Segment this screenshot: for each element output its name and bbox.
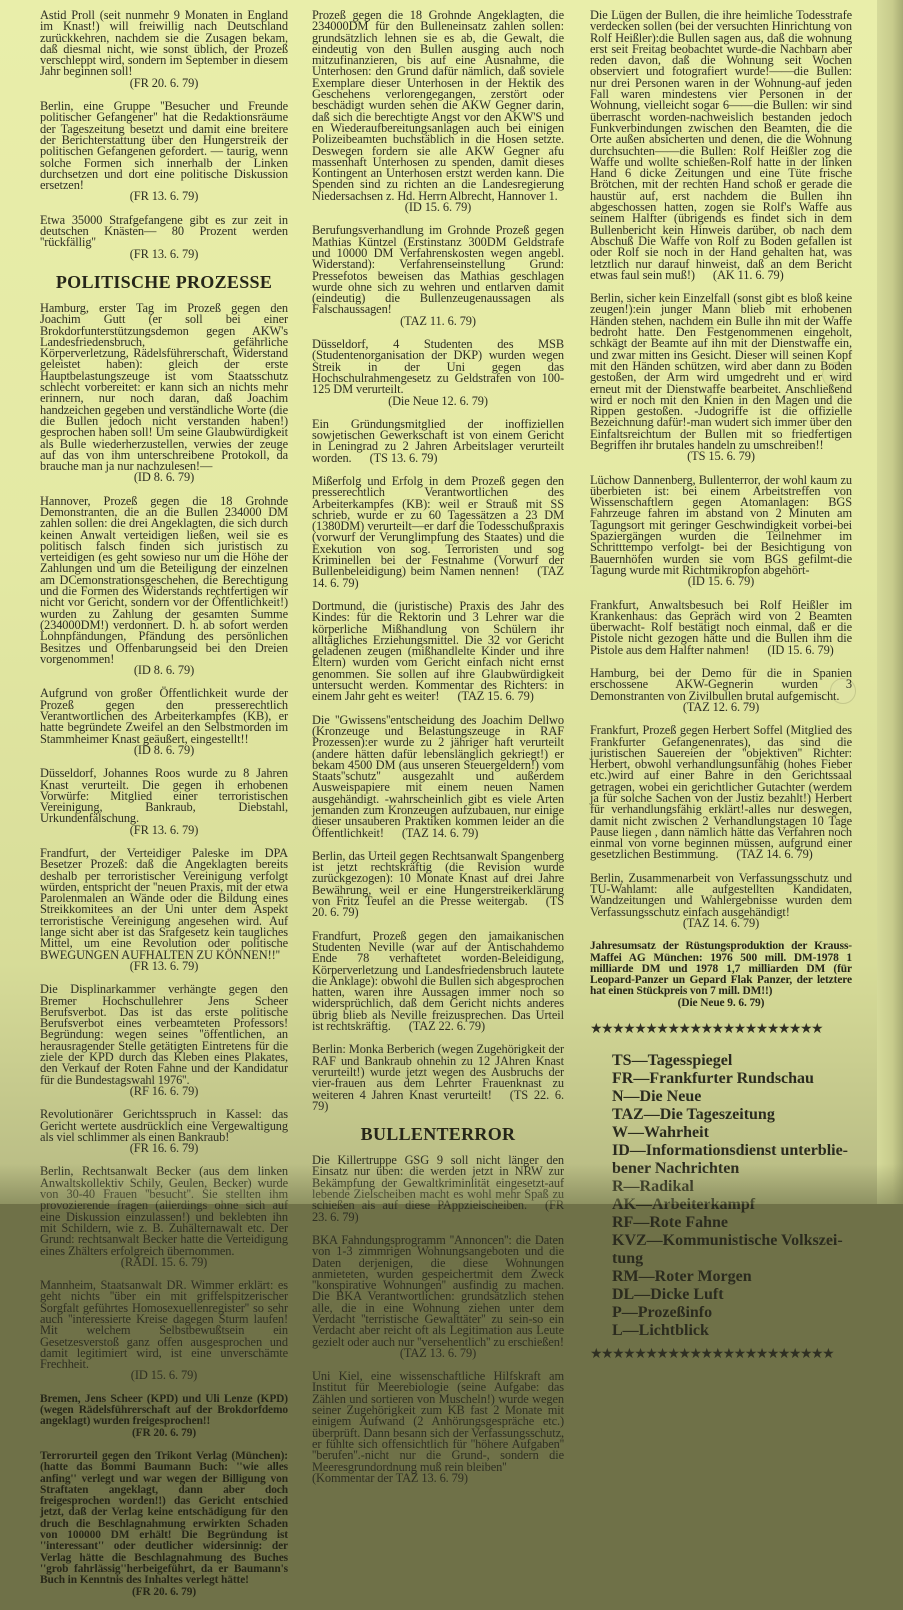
news-item-text: Düsseldorf, Johannes Roos wurde zu 8 Jah… xyxy=(40,766,288,825)
news-item-text: Prozeß gegen die 18 Grohnde Angeklagten,… xyxy=(312,8,564,203)
news-item: Die ''Gwissens''entscheidung des Joachim… xyxy=(312,715,564,839)
news-item-text: Die Displinarkammer verhängte gegen den … xyxy=(40,982,288,1086)
news-source-citation: (TAZ 15. 6. 79) xyxy=(457,689,533,703)
news-item-text: Astid Proll (seit nunmehr 9 Monaten in E… xyxy=(40,8,288,78)
news-item-text: Mißerfolg und Erfolg in dem Prozeß gegen… xyxy=(312,474,564,578)
news-item-text: Berlin, das Urteil gegen Rechtsanwalt Sp… xyxy=(312,849,564,908)
news-source-citation: (FR 16. 6. 79) xyxy=(40,1143,288,1154)
news-source-citation: (FR 13. 6. 79) xyxy=(40,825,288,836)
legend-item: FR—Frankfurter Rundschau xyxy=(612,1070,852,1088)
news-source-citation: (ID 15. 6. 79) xyxy=(312,202,564,213)
news-item-text: Jahresumsatz der Rüstungsproduktion der … xyxy=(590,940,852,997)
news-source-citation: (FR 13. 6. 79) xyxy=(40,191,288,202)
left-articles: Hamburg, erster Tag im Prozeß gegen den … xyxy=(40,303,288,1204)
news-source-citation: (ID 8. 6. 79) xyxy=(40,665,288,676)
page-edge xyxy=(877,0,903,1204)
legend-item: TAZ—Die Tageszeitung xyxy=(612,1106,852,1124)
news-item: Etwa 35000 Strafgefangene gibt es zur ze… xyxy=(40,215,288,260)
news-source-citation: (TAZ 14. 6. 79) xyxy=(736,847,812,861)
news-item: Düsseldorf, Johannes Roos wurde zu 8 Jah… xyxy=(40,768,288,836)
news-item-text: Frandfurt, Prozeß gegen den jamaikanisch… xyxy=(312,929,564,1033)
news-item: Die Lügen der Bullen, die ihre heimliche… xyxy=(590,10,852,281)
news-source-citation: (TAZ 14. 6. 79) xyxy=(402,826,478,840)
news-item: Ein Gründungsmitglied der inoffiziellen … xyxy=(312,419,564,464)
news-item-text: Düsseldorf, 4 Studenten des MSB (Student… xyxy=(312,337,564,396)
news-item-text: Aufgrund von großer Öffentlichkeit wurde… xyxy=(40,686,288,745)
news-item-text: Berlin, eine Gruppe ''Besucher und Freun… xyxy=(40,99,288,192)
news-item: Hannover, Prozeß gegen die 18 Grohnde De… xyxy=(40,496,288,677)
news-source-citation: (TAZ 11. 6. 79) xyxy=(312,316,564,327)
bottom-shadow xyxy=(0,1164,903,1204)
news-item: Berlin, eine Gruppe ''Besucher und Freun… xyxy=(40,101,288,203)
news-source-citation: (TS 15. 6. 79) xyxy=(590,451,852,462)
news-item: Mißerfolg und Erfolg in dem Prozeß gegen… xyxy=(312,476,564,589)
right-column: Die Lügen der Bullen, die ihre heimliche… xyxy=(590,10,852,1204)
news-item-text: Frandfurt, der Verteidiger Paleske im DP… xyxy=(40,846,288,962)
news-source-citation: (TAZ 14. 6. 79) xyxy=(590,918,852,929)
news-item: Berlin, Zusammenarbeit von Verfassungssc… xyxy=(590,873,852,929)
news-source-citation: (ID 15. 6. 79) xyxy=(767,643,833,657)
middle-column: Prozeß gegen die 18 Grohnde Angeklagten,… xyxy=(312,10,564,1204)
news-item-text: Lüchow Dannenberg, Bullenterror, der woh… xyxy=(590,473,852,577)
news-item: Revolutionärer Gerichtsspruch in Kassel:… xyxy=(40,1109,288,1154)
news-item-text: Hamburg, erster Tag im Prozeß gegen den … xyxy=(40,301,288,473)
news-source-citation: (TAZ 22. 6. 79) xyxy=(409,1019,485,1033)
news-item: Berlin, das Urteil gegen Rechtsanwalt Sp… xyxy=(312,851,564,919)
news-source-citation: (Die Neue 9. 6. 79) xyxy=(590,998,852,1009)
news-item: Berlin, sicher kein Einzelfall (sonst gi… xyxy=(590,293,852,462)
news-item: Düsseldorf, 4 Studenten des MSB (Student… xyxy=(312,339,564,407)
section-title-politische-prozesse: POLITISCHE PROZESSE xyxy=(40,272,288,293)
news-item: Frandfurt, der Verteidiger Paleske im DP… xyxy=(40,848,288,972)
news-item-text: Revolutionärer Gerichtsspruch in Kassel:… xyxy=(40,1107,288,1144)
news-item-text: Ein Gründungsmitglied der inoffiziellen … xyxy=(312,417,564,465)
news-item: Hamburg, erster Tag im Prozeß gegen den … xyxy=(40,303,288,484)
news-item: Prozeß gegen die 18 Grohnde Angeklagten,… xyxy=(312,10,564,213)
star-divider-top: ★★★★★★★★★★★★★★★★★★★★★ xyxy=(590,1021,852,1038)
news-item: Jahresumsatz der Rüstungsproduktion der … xyxy=(590,941,852,1009)
news-item-text: Hamburg, bei der Demo für die in Spanien… xyxy=(590,666,852,703)
news-source-citation: (ID 15. 6. 79) xyxy=(590,576,852,587)
news-item-text: Berufungsverhandlung im Grohnde Prozeß g… xyxy=(312,223,564,316)
legend-item: ID—Informationsdienst unterblie- xyxy=(612,1142,852,1160)
left-articles-top: Astid Proll (seit nunmehr 9 Monaten in E… xyxy=(40,10,288,260)
legend-item: N—Die Neue xyxy=(612,1088,852,1106)
legend-item: TS—Tagesspiegel xyxy=(612,1052,852,1070)
middle-articles: Prozeß gegen die 18 Grohnde Angeklagten,… xyxy=(312,10,564,1112)
news-item: Dortmund, die (juristische) Praxis des J… xyxy=(312,601,564,703)
news-item: Berufungsverhandlung im Grohnde Prozeß g… xyxy=(312,225,564,327)
news-item-text: Die Lügen der Bullen, die ihre heimliche… xyxy=(590,8,852,282)
news-source-citation: (ID 8. 6. 79) xyxy=(40,472,288,483)
news-item-text: Frankfurt, Prozeß gegen Herbert Soffel (… xyxy=(590,723,852,861)
section-title-bullenterror: BULLENTERROR xyxy=(312,1124,564,1145)
news-item-text: Berlin, sicher kein Einzelfall (sonst gi… xyxy=(590,291,852,452)
news-source-citation: (FR 13. 6. 79) xyxy=(40,961,288,972)
legend-item: W—Wahrheit xyxy=(612,1124,852,1142)
news-item: Die Displinarkammer verhängte gegen den … xyxy=(40,984,288,1097)
news-item: Frankfurt, Anwaltsbesuch bei Rolf Heißle… xyxy=(590,600,852,656)
news-item: Lüchow Dannenberg, Bullenterror, der woh… xyxy=(590,475,852,588)
news-item: Frankfurt, Prozeß gegen Herbert Soffel (… xyxy=(590,725,852,861)
news-item: Astid Proll (seit nunmehr 9 Monaten in E… xyxy=(40,10,288,89)
left-column: Astid Proll (seit nunmehr 9 Monaten in E… xyxy=(40,10,288,1204)
news-item-text: Dortmund, die (juristische) Praxis des J… xyxy=(312,599,564,703)
news-source-citation: (TS 13. 6. 79) xyxy=(370,451,438,465)
news-source-citation: (AK 11. 6. 79) xyxy=(713,268,784,282)
news-source-citation: (FR 20. 6. 79) xyxy=(40,78,288,89)
news-item-text: Hannover, Prozeß gegen die 18 Grohnde De… xyxy=(40,494,288,666)
news-source-citation: (TAZ 12. 6. 79) xyxy=(590,702,852,713)
news-item: Hamburg, bei der Demo für die in Spanien… xyxy=(590,668,852,713)
news-source-citation: (ID 8. 6. 79) xyxy=(40,745,288,756)
news-item-text: Berlin, Zusammenarbeit von Verfassungssc… xyxy=(590,871,852,919)
news-item-text: Etwa 35000 Strafgefangene gibt es zur ze… xyxy=(40,213,288,250)
news-item-text: Die ''Gwissens''entscheidung des Joachim… xyxy=(312,713,564,840)
right-articles: Die Lügen der Bullen, die ihre heimliche… xyxy=(590,10,852,1009)
news-source-citation: (RF 16. 6. 79) xyxy=(40,1086,288,1097)
news-item: Frandfurt, Prozeß gegen den jamaikanisch… xyxy=(312,931,564,1033)
news-item: Aufgrund von großer Öffentlichkeit wurde… xyxy=(40,688,288,756)
news-source-citation: (FR 13. 6. 79) xyxy=(40,249,288,260)
news-item: Berlin: Monka Berberich (wegen Zugehörig… xyxy=(312,1044,564,1112)
news-source-citation: (Die Neue 12. 6. 79) xyxy=(312,396,564,407)
